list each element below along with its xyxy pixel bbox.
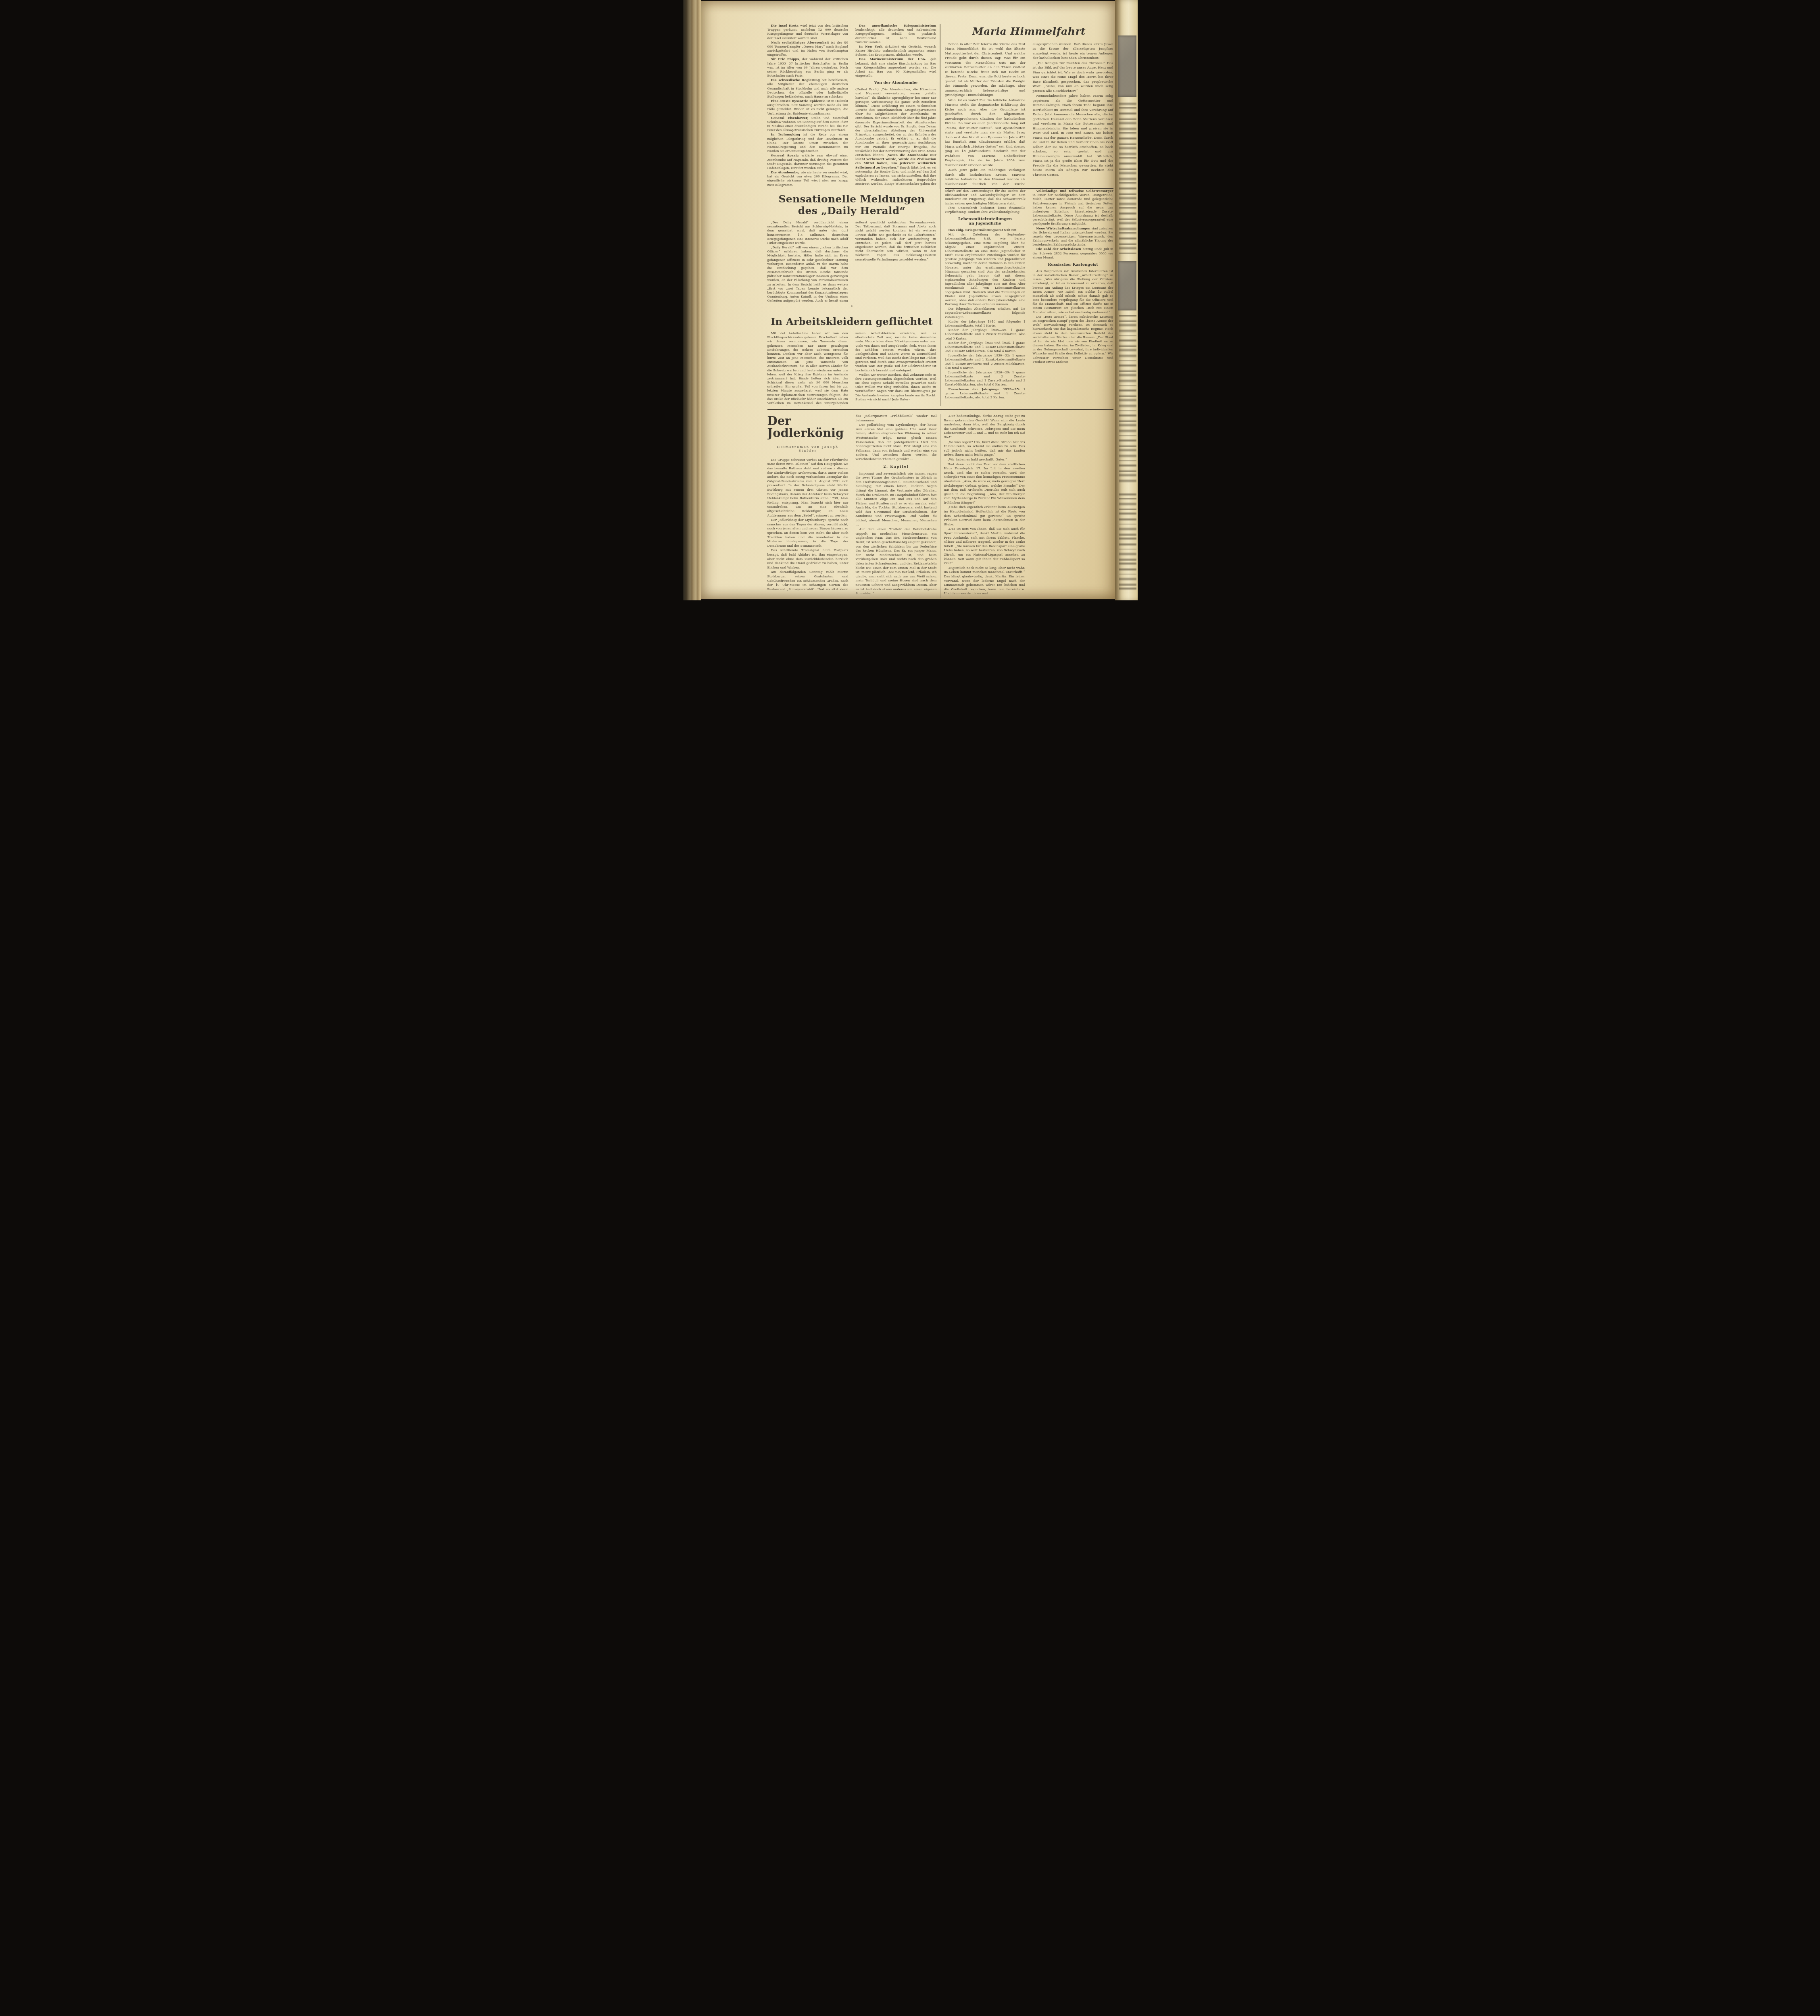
news-brief: Nach sechsjähriger Abwesenheit ist der 8… bbox=[767, 41, 848, 57]
daily-herald-body: „Der Daily Herald“ veröffentlicht einen … bbox=[767, 221, 936, 304]
brief-lead: Die Insel Kreta bbox=[771, 24, 798, 27]
next-page-text-lines bbox=[1119, 315, 1136, 485]
newspaper-page: Die Insel Kreta wird jetzt von den briti… bbox=[701, 1, 1115, 599]
brief-lead: General Eisenhower, bbox=[771, 116, 809, 120]
brief-lead: Eine ernste Dysentrie-Epidemie bbox=[771, 99, 826, 103]
article-maria-himmelfahrt: Maria Himmelfahrt Schon in alter Zeit fe… bbox=[945, 24, 1113, 189]
paragraph: Wollen wir weiter zusehen, daß Zehntause… bbox=[855, 373, 936, 402]
paragraph: Kinder der Jahrgänge 1935—39: 1 ganze Le… bbox=[945, 328, 1026, 341]
brief-lead: Nach sechsjähriger Abwesenheit bbox=[771, 41, 829, 44]
news-brief: In New York zirkuliert ein Gerücht, wona… bbox=[855, 45, 936, 57]
middle-band: Sensationelle Meldungen des „Daily Heral… bbox=[767, 189, 1113, 406]
chapter-subhead: 2. Kapitel bbox=[856, 465, 937, 469]
brief-lead: Die Atombombe, bbox=[771, 171, 800, 174]
news-brief: Das Marineministerium der USA. gab bekan… bbox=[855, 57, 936, 78]
news-brief: General Eisenhower, Stalin und Marschall… bbox=[767, 116, 848, 133]
paragraph: Die folgenden Altersklassen erhalten auf… bbox=[945, 307, 1026, 319]
next-page-sliver bbox=[1115, 0, 1138, 600]
bottom-band: Der Jodlerkönig Heimatroman von Joseph S… bbox=[767, 409, 1113, 598]
news-brief: Eine ernste Dysentrie-Epidemie ist in He… bbox=[767, 99, 848, 116]
paragraph: schrift auf den Petitionsbogen für die R… bbox=[945, 189, 1026, 206]
petition-paragraphs: schrift auf den Petitionsbogen für die R… bbox=[945, 189, 1026, 214]
paragraph: Der Jodlerkönig vom Mythenberge, der heu… bbox=[856, 423, 937, 461]
paragraph: Der Jodlerkönig der Mythenberge spricht … bbox=[767, 518, 848, 548]
brief-lead: In New York bbox=[859, 45, 882, 48]
paragraph: Die Zahl der Arbeitslosen betrug Ende Ju… bbox=[1033, 247, 1113, 260]
paragraph: Auf dem einen Trottoir der Bahnhofstraße… bbox=[856, 527, 937, 596]
paragraph: Die Gruppe schreitet vorbei an der Pfarr… bbox=[767, 458, 848, 518]
atom-text-pre: (United Preß.) „Die Atombomben, die Hiro… bbox=[855, 87, 936, 157]
paragraph: „Der bodenständige, derbe Anzug steht gu… bbox=[944, 414, 1025, 440]
next-page-text-lines bbox=[1119, 101, 1136, 254]
ration-subhead: Lebensmittelzuteilungen an Jugendliche bbox=[945, 217, 1026, 226]
brief-lead: Das Marineministerium der USA. bbox=[859, 57, 926, 61]
paragraph: Erwachsene der Jahrgänge 1923—25: 1 ganz… bbox=[945, 387, 1026, 400]
arbeitskleider-headline: In Arbeitskleidern geflüchtet bbox=[767, 316, 936, 327]
paragraph-lead: Vollständige und teilweise Selbstversorg… bbox=[1036, 189, 1113, 193]
paragraph: „So was sagen? Hm, führt diese Straße hi… bbox=[944, 440, 1025, 457]
maria-headline: Maria Himmelfahrt bbox=[945, 25, 1113, 37]
paragraph: Jugendliche der Jahrgänge 1926—29: 1 gan… bbox=[945, 371, 1026, 387]
jodlerkoenig-headline: Der Jodlerkönig bbox=[767, 415, 848, 439]
paragraph: Neunzehnhundert Jahre haben Maria selig … bbox=[1033, 94, 1113, 177]
next-page-photo-top bbox=[1118, 35, 1136, 97]
top-band: Die Insel Kreta wird jetzt von den briti… bbox=[767, 24, 1113, 189]
paragraph-lead: Neue Wirtschaftsabmachungen bbox=[1036, 227, 1090, 230]
book-photograph: Die Insel Kreta wird jetzt von den briti… bbox=[683, 0, 1138, 600]
paragraph: „Das ist nett von Ihnen, daß Sie sich au… bbox=[944, 527, 1025, 565]
brief-text: beabsichtigt, alle deutschen und italien… bbox=[855, 28, 936, 44]
brief-lead: Die schwedische Regierung bbox=[771, 78, 820, 82]
next-page-photo-middle bbox=[1118, 261, 1136, 310]
paragraph: „Die Königin zur Rechten des Thrones!“ D… bbox=[1033, 61, 1113, 93]
middle-left-half: Sensationelle Meldungen des „Daily Heral… bbox=[767, 189, 940, 406]
paragraph: Imposant und zuversichtlich wie immer, r… bbox=[856, 472, 937, 527]
kastengeist-paragraphs: Aus Gesprächen mit russischen Interniert… bbox=[1033, 269, 1113, 364]
paragraph: Kinder der Jahrgänge 1933 und 1934: 1 ga… bbox=[945, 341, 1026, 354]
paragraph: Neue Wirtschaftsabmachungen sind zwische… bbox=[1033, 227, 1113, 247]
paragraph: „Wir haben es bald geschafft, Guter.“ bbox=[944, 458, 1025, 462]
news-brief: Die schwedische Regierung hat beschlosse… bbox=[767, 78, 848, 99]
kastengeist-subhead: Russischer Kastengeist bbox=[1033, 262, 1113, 267]
middle-right-half: schrift auf den Petitionsbogen für die R… bbox=[940, 189, 1113, 406]
paragraph-lead: Erwachsene der Jahrgänge 1923—25: bbox=[949, 387, 1020, 391]
paragraph: „Habe dich eigentlich erkannt beim Ausst… bbox=[944, 505, 1025, 527]
world-news-briefs: Die Insel Kreta wird jetzt von den briti… bbox=[767, 24, 940, 189]
page-content: Die Insel Kreta wird jetzt von den briti… bbox=[767, 24, 1113, 592]
arbeitskleider-body: Mit viel Anteilnahme haben wir von den F… bbox=[767, 331, 936, 406]
section-divider-asterisk: * bbox=[767, 305, 936, 309]
paragraph: Und dann bleibt das Paar vor dem stattli… bbox=[944, 462, 1025, 505]
next-page-text-lines bbox=[1119, 492, 1136, 593]
news-brief: Sir Eric Phipps, der während der kritisc… bbox=[767, 57, 848, 78]
news-brief: Das amerikanische Kriegsministerium beab… bbox=[855, 24, 936, 44]
brief-lead: General Spaatz bbox=[771, 154, 799, 157]
daily-herald-headline: Sensationelle Meldungen des „Daily Heral… bbox=[767, 193, 936, 217]
paragraph: Wohl ist es wahr! Für die leibliche Aufn… bbox=[945, 98, 1026, 167]
paragraph-lead: Die Zahl der Arbeitslosen bbox=[1036, 247, 1082, 251]
news-brief: In Tschungking ist die Rede von einem mö… bbox=[767, 133, 848, 153]
paragraph: Aus Gesprächen mit russischen Interniert… bbox=[1033, 269, 1113, 314]
brief-lead: Das amerikanische Kriegsministerium bbox=[859, 24, 936, 27]
paragraph: Die „Rote Armee“, deren militärische Lei… bbox=[1033, 315, 1113, 364]
paragraph: „Eigentlich noch nicht so lang, aber nic… bbox=[944, 566, 1025, 596]
paragraph: Kinder der Jahrgänge 1940 und folgende: … bbox=[945, 320, 1026, 328]
paragraph: Das schrillende Tramsignal beim Postplat… bbox=[767, 548, 848, 570]
paragraph: Ihre Unterschrift bedeutet keine finanzi… bbox=[945, 206, 1026, 214]
news-brief: Die Atombombe, wie sie heute verwendet w… bbox=[767, 171, 848, 187]
jodler-flow: Der Jodlerkönig Heimatroman von Joseph S… bbox=[767, 414, 1113, 598]
brief-lead: Sir Eric Phipps, bbox=[771, 57, 800, 61]
maria-article-half: Maria Himmelfahrt Schon in alter Zeit fe… bbox=[940, 24, 1113, 189]
brief-lead: In Tschungking bbox=[771, 133, 800, 136]
paragraph-lead: Das eidg. Kriegsernährungsamt bbox=[949, 228, 1003, 232]
paragraph: Vollständige und teilweise Selbstversorg… bbox=[1033, 189, 1113, 226]
paragraph: Jugendliche der Jahrgänge 1930—32: 1 gan… bbox=[945, 354, 1026, 370]
atom-subhead: Von der Atombombe bbox=[855, 81, 936, 85]
news-brief: Die Insel Kreta wird jetzt von den briti… bbox=[767, 24, 848, 40]
middle-right-flow: schrift auf den Petitionsbogen für die R… bbox=[945, 189, 1113, 406]
paragraph: Schon in alter Zeit feierte die Kirche d… bbox=[945, 42, 1026, 98]
paragraph: „Der Daily Herald“ veröffentlicht einen … bbox=[767, 221, 848, 245]
news-brief: General Spaatz erklärte zum Abwurf einer… bbox=[767, 154, 848, 170]
jodlerkoenig-byline: Heimatroman von Joseph Stalder bbox=[767, 445, 848, 452]
maria-body: Schon in alter Zeit feierte die Kirche d… bbox=[945, 42, 1113, 188]
paragraph: Mit der Zuteilung der September-Lebensmi… bbox=[945, 233, 1026, 306]
book-page-stack bbox=[683, 0, 701, 600]
paragraph: Das eidg. Kriegsernährungsamt teilt mit: bbox=[945, 228, 1026, 232]
